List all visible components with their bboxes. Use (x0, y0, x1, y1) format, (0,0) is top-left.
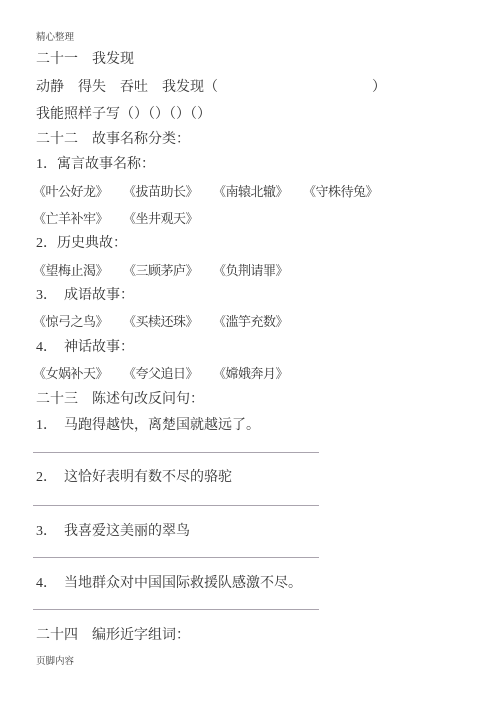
book-title: 《三顾茅庐》 (123, 263, 198, 278)
book-title: 《望梅止渴》 (33, 263, 108, 278)
section-21-close-paren: ） (372, 80, 386, 95)
fable-titles-row-2: 《亡羊补牢》 《坐井观天》 (33, 211, 198, 226)
book-title: 《惊弓之鸟》 (33, 314, 108, 329)
section-22-heading: 二十二 故事名称分类： (36, 132, 190, 147)
sentence-item-1: 1． 马跑得越快，离楚国就越远了。 (36, 418, 260, 433)
book-title: 《叶公好龙》 (33, 184, 108, 199)
fable-group-label: 1．寓言故事名称： (36, 157, 155, 172)
sentence-item-3: 3． 我喜爱这美丽的翠鸟 (36, 524, 190, 539)
sentence-item-4: 4． 当地群众对中国国际救援队感激不尽。 (36, 576, 302, 591)
answer-blank-line-4 (33, 609, 319, 610)
history-group-label: 2．历史典故： (36, 236, 127, 251)
book-title: 《买椟还珠》 (123, 314, 198, 329)
book-title: 《守株待兔》 (303, 184, 378, 199)
book-title: 《负荆请罪》 (213, 263, 288, 278)
book-title: 《嫦娥奔月》 (213, 366, 288, 381)
section-21-copy-line: 我能照样子写（）（）（）（） (36, 107, 211, 122)
header-note: 精心整理 (36, 33, 74, 44)
book-title: 《南辕北辙》 (213, 184, 288, 199)
answer-blank-line-2 (33, 505, 319, 506)
myth-group-label: 4． 神话故事： (36, 340, 134, 355)
book-title: 《拔苗助长》 (123, 184, 198, 199)
book-title: 《坐井观天》 (123, 211, 198, 226)
book-title: 《夸父追日》 (123, 366, 198, 381)
answer-blank-line-3 (33, 557, 319, 558)
myth-titles-row: 《女娲补天》 《夸父追日》 《嫦娥奔月》 (33, 366, 288, 381)
section-23-heading: 二十三 陈述句改反问句： (36, 392, 204, 407)
document-page: 精心整理 二十一 我发现 动静 得失 吞吐 我发现（ ） 我能照样子写（）（）（… (0, 0, 500, 707)
idiom-titles-row: 《惊弓之鸟》 《买椟还珠》 《滥竽充数》 (33, 314, 288, 329)
answer-blank-line-1 (33, 452, 319, 453)
book-title: 《亡羊补牢》 (33, 211, 108, 226)
section-21-word-line: 动静 得失 吞吐 我发现（ (36, 80, 218, 95)
section-21-heading: 二十一 我发现 (36, 52, 134, 67)
history-titles-row: 《望梅止渴》 《三顾茅庐》 《负荆请罪》 (33, 263, 288, 278)
book-title: 《女娲补天》 (33, 366, 108, 381)
sentence-item-2: 2． 这恰好表明有数不尽的骆驼 (36, 470, 232, 485)
idiom-group-label: 3． 成语故事： (36, 288, 134, 303)
footer-note: 页脚内容 (36, 657, 74, 668)
book-title: 《滥竽充数》 (213, 314, 288, 329)
fable-titles-row-1: 《叶公好龙》 《拔苗助长》 《南辕北辙》 《守株待兔》 (33, 184, 378, 199)
section-24-heading: 二十四 编形近字组词： (36, 628, 190, 643)
